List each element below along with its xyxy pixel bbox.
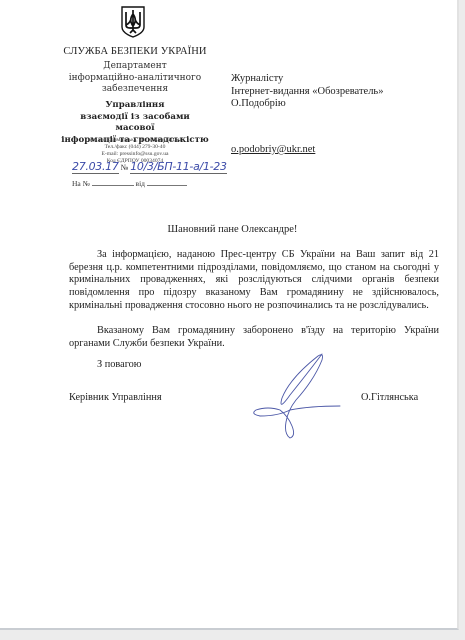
addressee-block: Журналісту Інтернет-видання «Обозревател… — [231, 73, 431, 111]
email-line: E-mail: pressinfo@ssu.gov.ua — [60, 151, 210, 158]
signer-title: Керівник Управління — [69, 392, 162, 403]
incoming-number-label: На № — [72, 179, 90, 188]
closing-phrase: З повагою — [97, 359, 142, 370]
outgoing-number: 10/3/БП-11-а/1-23 — [130, 160, 226, 173]
incoming-date-blank — [147, 178, 187, 186]
incoming-number-blank — [92, 178, 134, 186]
division-line: Управління — [60, 100, 210, 112]
trident-coat-of-arms-icon — [121, 6, 145, 38]
addressee-name: О.Подобрію — [231, 98, 431, 111]
number-label: № — [121, 163, 129, 172]
phone-line: Тел./факс (044) 279-30-40 — [60, 144, 210, 151]
department-name: Департамент інформаційно-аналітичного за… — [60, 61, 210, 96]
signer-name: О.Гітлянська — [361, 392, 418, 403]
division-line: взаємодії із засобами масової — [60, 112, 210, 135]
address-line: вул. Володимирська, 33, м. Київ, 01601 — [60, 137, 210, 144]
salutation: Шановний пане Олександре! — [0, 224, 465, 235]
incoming-reference: На № від — [72, 178, 242, 188]
department-line: забезпечення — [60, 84, 210, 96]
addressee-email: o.podobriy@ukr.net — [231, 144, 315, 155]
department-line: Департамент — [60, 61, 210, 73]
handwritten-signature — [250, 350, 370, 440]
outgoing-date: 27.03.17 — [72, 160, 119, 173]
incoming-date-label: від — [136, 179, 145, 188]
body-paragraph: За інформацією, наданою Прес-центру СБ У… — [69, 249, 439, 313]
addressee-role: Журналісту — [231, 73, 431, 86]
addressee-organization: Інтернет-видання «Обозреватель» — [231, 86, 431, 99]
outgoing-reference: 27.03.17 № 10/3/БП-11-а/1-23 — [72, 161, 242, 175]
organization-name: СЛУЖБА БЕЗПЕКИ УКРАЇНИ — [60, 46, 210, 57]
letter-page: СЛУЖБА БЕЗПЕКИ УКРАЇНИ Департамент інфор… — [0, 0, 459, 630]
department-line: інформаційно-аналітичного — [60, 73, 210, 85]
body-paragraph: Вказаному Вам громадянину заборонено в'ї… — [69, 325, 439, 350]
